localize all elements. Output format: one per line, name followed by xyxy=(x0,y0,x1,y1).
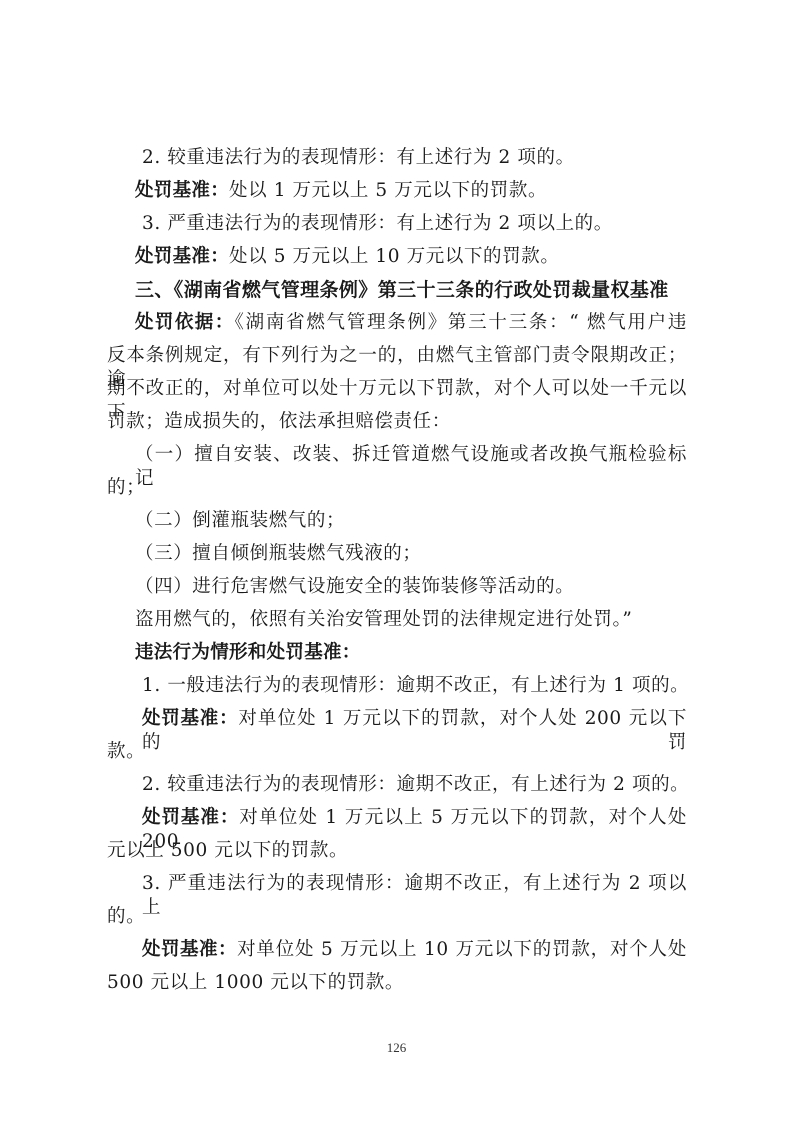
item-2-penalty: 处罚基准：处以 1 万元以上 5 万元以下的罚款。 xyxy=(135,179,715,203)
basis-label: 处罚依据： xyxy=(135,312,235,333)
penalty-text: 对单位处 5 万元以上 10 万元以下的罚款，对个人处 xyxy=(237,939,687,960)
level-3-penalty-line-1: 处罚基准：对单位处 5 万元以上 10 万元以下的罚款，对个人处 xyxy=(142,938,687,962)
penalty-text: 处以 1 万元以上 5 万元以下的罚款。 xyxy=(229,180,547,201)
penalty-label: 处罚基准： xyxy=(142,939,237,960)
item-3-situation: 3. 严重违法行为的表现情形：有上述行为 2 项以上的。 xyxy=(142,212,722,236)
basis-line-4: 罚款；造成损失的，依法承担赔偿责任： xyxy=(107,410,687,434)
level-1-penalty-line-2: 款。 xyxy=(107,740,687,764)
level-3-situation-line-2: 的。 xyxy=(107,905,687,929)
clause-3: （三）擅自倾倒瓶装燃气残液的； xyxy=(135,542,715,566)
clause-2: （二）倒灌瓶装燃气的； xyxy=(135,509,715,533)
penalty-label: 处罚基准： xyxy=(135,180,229,201)
item-2-text: 有上述行为 2 项的。 xyxy=(397,147,575,168)
item-3-text: 有上述行为 2 项以上的。 xyxy=(397,213,613,234)
clause-1-line-2: 的； xyxy=(107,476,687,500)
penalty-label: 处罚基准： xyxy=(135,246,229,267)
item-2-label: 2. 较重违法行为的表现情形： xyxy=(142,147,397,168)
criteria-heading: 违法行为情形和处罚基准： xyxy=(135,641,715,665)
item-3-penalty: 处罚基准：处以 5 万元以上 10 万元以下的罚款。 xyxy=(135,245,715,269)
clause-4: （四）进行危害燃气设施安全的装饰装修等活动的。 xyxy=(135,575,715,599)
penalty-text: 处以 5 万元以上 10 万元以下的罚款。 xyxy=(229,246,559,267)
penalty-label: 处罚基准： xyxy=(142,708,238,729)
level-1-situation: 1. 一般违法行为的表现情形：逾期不改正，有上述行为 1 项的。 xyxy=(142,674,722,698)
level-2-penalty-line-2: 元以上 500 元以下的罚款。 xyxy=(107,839,687,863)
basis-line-1: 处罚依据：《湖南省燃气管理条例》第三十三条：“ 燃气用户违 xyxy=(135,311,687,335)
penalty-label: 处罚基准： xyxy=(142,807,239,828)
page-number: 126 xyxy=(0,1040,793,1056)
item-2-situation: 2. 较重违法行为的表现情形：有上述行为 2 项的。 xyxy=(142,146,722,170)
basis-text: 《湖南省燃气管理条例》第三十三条：“ 燃气用户违 xyxy=(235,312,687,333)
theft-clause: 盗用燃气的，依照有关治安管理处罚的法律规定进行处罚。” xyxy=(135,608,715,632)
level-3-penalty-line-2: 500 元以上 1000 元以下的罚款。 xyxy=(107,971,687,995)
level-2-situation: 2. 较重违法行为的表现情形：逾期不改正，有上述行为 2 项的。 xyxy=(142,773,722,797)
item-3-label: 3. 严重违法行为的表现情形： xyxy=(142,213,397,234)
document-page: 2. 较重违法行为的表现情形：有上述行为 2 项的。 处罚基准：处以 1 万元以… xyxy=(0,0,793,1122)
section-heading: 三、《湖南省燃气管理条例》第三十三条的行政处罚裁量权基准 xyxy=(135,278,715,302)
